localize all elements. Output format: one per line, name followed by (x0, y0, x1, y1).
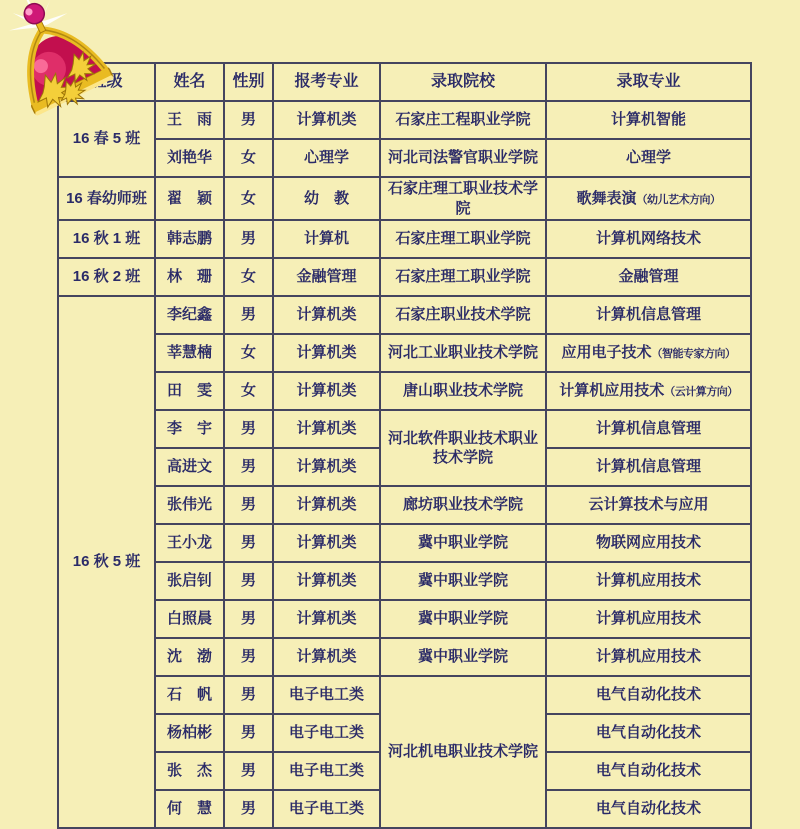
admitted-major-text: 计算机应用技术 (596, 572, 701, 589)
college-cell: 冀中职业学院 (380, 600, 546, 638)
table-row: 王小龙 男 计算机类 冀中职业学院 物联网应用技术 (58, 524, 751, 562)
name-cell: 李纪鑫 (155, 296, 224, 334)
name-cell: 莘慧楠 (155, 334, 224, 372)
admitted-major-cell: 计算机信息管理 (546, 448, 751, 486)
gender-cell: 男 (224, 638, 273, 676)
admitted-major-cell: 计算机应用技术 (546, 600, 751, 638)
applied-major-cell: 计算机类 (273, 562, 380, 600)
gender-cell: 男 (224, 562, 273, 600)
class-cell: 16 春幼师班 (58, 177, 155, 220)
name-cell: 张 杰 (155, 752, 224, 790)
gender-cell: 女 (224, 372, 273, 410)
admitted-major-text: 计算机应用技术 (596, 610, 701, 627)
admitted-major-cell: 计算机信息管理 (546, 296, 751, 334)
applied-major-cell: 计算机类 (273, 410, 380, 448)
name-cell: 何 慧 (155, 790, 224, 828)
college-cell: 唐山职业技术学院 (380, 372, 546, 410)
name-cell: 田 雯 (155, 372, 224, 410)
table-row: 16 春幼师班 翟 颖 女 幼 教 石家庄理工职业技术学院 歌舞表演（幼儿艺术方… (58, 177, 751, 220)
admitted-major-cell: 计算机应用技术 (546, 562, 751, 600)
admitted-major-text: 电气自动化技术 (596, 800, 701, 817)
admitted-major-note: （云计算方向） (664, 386, 738, 398)
admitted-major-text: 电气自动化技术 (596, 686, 701, 703)
name-cell: 张伟光 (155, 486, 224, 524)
gender-cell: 男 (224, 486, 273, 524)
table-row: 张启钊 男 计算机类 冀中职业学院 计算机应用技术 (58, 562, 751, 600)
table-row: 石 帆 男 电子电工类 河北机电职业技术学院 电气自动化技术 (58, 676, 751, 714)
applied-major-cell: 幼 教 (273, 177, 380, 220)
name-cell: 刘艳华 (155, 139, 224, 177)
admitted-major-text: 歌舞表演 (576, 190, 636, 207)
admitted-major-cell: 电气自动化技术 (546, 752, 751, 790)
header-row: 班级 姓名 性别 报考专业 录取院校 录取专业 (58, 63, 751, 101)
applied-major-cell: 计算机类 (273, 296, 380, 334)
admitted-major-text: 电气自动化技术 (596, 724, 701, 741)
admitted-major-cell: 云计算技术与应用 (546, 486, 751, 524)
applied-major-cell: 电子电工类 (273, 676, 380, 714)
admitted-major-text: 计算机应用技术 (596, 648, 701, 665)
applied-major-cell: 计算机类 (273, 372, 380, 410)
applied-major-cell: 计算机 (273, 220, 380, 258)
header-cell-name: 姓名 (155, 63, 224, 101)
applied-major-cell: 计算机类 (273, 334, 380, 372)
applied-major-cell: 计算机类 (273, 448, 380, 486)
table-row: 刘艳华 女 心理学 河北司法警官职业学院 心理学 (58, 139, 751, 177)
admitted-major-text: 应用电子技术 (561, 344, 651, 361)
college-cell: 冀中职业学院 (380, 524, 546, 562)
applied-major-cell: 计算机类 (273, 486, 380, 524)
college-cell: 石家庄理工职业学院 (380, 220, 546, 258)
admitted-major-cell: 物联网应用技术 (546, 524, 751, 562)
name-cell: 翟 颖 (155, 177, 224, 220)
gender-cell: 男 (224, 714, 273, 752)
name-cell: 王小龙 (155, 524, 224, 562)
name-cell: 高进文 (155, 448, 224, 486)
header-cell-applied-major: 报考专业 (273, 63, 380, 101)
admitted-major-cell: 计算机网络技术 (546, 220, 751, 258)
name-cell: 白照晨 (155, 600, 224, 638)
applied-major-cell: 电子电工类 (273, 790, 380, 828)
table-row: 16 春 5 班 王 雨 男 计算机类 石家庄工程职业学院 计算机智能 (58, 101, 751, 139)
admitted-major-cell: 歌舞表演（幼儿艺术方向） (546, 177, 751, 220)
applied-major-cell: 心理学 (273, 139, 380, 177)
admitted-major-text: 计算机网络技术 (596, 230, 701, 247)
applied-major-cell: 金融管理 (273, 258, 380, 296)
class-cell: 16 秋 2 班 (58, 258, 155, 296)
admitted-major-text: 金融管理 (618, 268, 678, 285)
college-cell: 河北机电职业技术学院 (380, 676, 546, 828)
table-row: 沈 渤 男 计算机类 冀中职业学院 计算机应用技术 (58, 638, 751, 676)
table-row: 16 秋 1 班 韩志鹏 男 计算机 石家庄理工职业学院 计算机网络技术 (58, 220, 751, 258)
admitted-major-cell: 心理学 (546, 139, 751, 177)
admitted-major-text: 计算机应用技术 (559, 382, 664, 399)
table-row: 莘慧楠 女 计算机类 河北工业职业技术学院 应用电子技术（智能专家方向） (58, 334, 751, 372)
name-cell: 林 珊 (155, 258, 224, 296)
gender-cell: 男 (224, 790, 273, 828)
gender-cell: 女 (224, 334, 273, 372)
gender-cell: 男 (224, 600, 273, 638)
name-cell: 杨柏彬 (155, 714, 224, 752)
class-cell: 16 秋 1 班 (58, 220, 155, 258)
admitted-major-cell: 计算机信息管理 (546, 410, 751, 448)
college-cell: 冀中职业学院 (380, 562, 546, 600)
admitted-major-text: 电气自动化技术 (596, 762, 701, 779)
gender-cell: 男 (224, 524, 273, 562)
table-row: 16 秋 5 班 李纪鑫 男 计算机类 石家庄职业技术学院 计算机信息管理 (58, 296, 751, 334)
admitted-major-cell: 金融管理 (546, 258, 751, 296)
gender-cell: 男 (224, 752, 273, 790)
admitted-major-text: 心理学 (626, 149, 671, 166)
gender-cell: 女 (224, 139, 273, 177)
college-cell: 石家庄理工职业学院 (380, 258, 546, 296)
table-row: 李 宇 男 计算机类 河北软件职业技术职业技术学院 计算机信息管理 (58, 410, 751, 448)
admitted-major-note: （幼儿艺术方向） (637, 194, 721, 206)
class-cell: 16 春 5 班 (58, 101, 155, 177)
admitted-major-cell: 计算机应用技术（云计算方向） (546, 372, 751, 410)
gender-cell: 男 (224, 220, 273, 258)
admitted-major-cell: 应用电子技术（智能专家方向） (546, 334, 751, 372)
admitted-major-text: 云计算技术与应用 (588, 496, 708, 513)
college-cell: 河北工业职业技术学院 (380, 334, 546, 372)
header-cell-admitted-major: 录取专业 (546, 63, 751, 101)
admitted-major-cell: 电气自动化技术 (546, 714, 751, 752)
table-row: 16 秋 2 班 林 珊 女 金融管理 石家庄理工职业学院 金融管理 (58, 258, 751, 296)
name-cell: 张启钊 (155, 562, 224, 600)
admitted-major-cell: 电气自动化技术 (546, 790, 751, 828)
gender-cell: 女 (224, 177, 273, 220)
college-cell: 河北司法警官职业学院 (380, 139, 546, 177)
applied-major-cell: 计算机类 (273, 101, 380, 139)
applied-major-cell: 计算机类 (273, 600, 380, 638)
header-cell-class: 班级 (58, 63, 155, 101)
admitted-major-cell: 电气自动化技术 (546, 676, 751, 714)
college-cell: 石家庄理工职业技术学院 (380, 177, 546, 220)
name-cell: 石 帆 (155, 676, 224, 714)
gender-cell: 男 (224, 101, 273, 139)
table-row: 田 雯 女 计算机类 唐山职业技术学院 计算机应用技术（云计算方向） (58, 372, 751, 410)
name-cell: 沈 渤 (155, 638, 224, 676)
name-cell: 李 宇 (155, 410, 224, 448)
admitted-major-note: （智能专家方向） (652, 348, 736, 360)
name-cell: 王 雨 (155, 101, 224, 139)
admitted-major-text: 计算机智能 (611, 111, 686, 128)
applied-major-cell: 计算机类 (273, 524, 380, 562)
admissions-table: 班级 姓名 性别 报考专业 录取院校 录取专业 16 春 5 班 王 雨 男 计… (57, 62, 752, 829)
admitted-major-text: 计算机信息管理 (596, 306, 701, 323)
header-cell-gender: 性别 (224, 63, 273, 101)
gender-cell: 女 (224, 258, 273, 296)
admitted-major-cell: 计算机应用技术 (546, 638, 751, 676)
page-background: 班级 姓名 性别 报考专业 录取院校 录取专业 16 春 5 班 王 雨 男 计… (0, 0, 800, 829)
admitted-major-text: 计算机信息管理 (596, 420, 701, 437)
college-cell: 冀中职业学院 (380, 638, 546, 676)
college-cell: 石家庄职业技术学院 (380, 296, 546, 334)
class-cell: 16 秋 5 班 (58, 296, 155, 828)
admitted-major-cell: 计算机智能 (546, 101, 751, 139)
gender-cell: 男 (224, 676, 273, 714)
gender-cell: 男 (224, 296, 273, 334)
header-cell-college: 录取院校 (380, 63, 546, 101)
applied-major-cell: 电子电工类 (273, 714, 380, 752)
college-cell: 石家庄工程职业学院 (380, 101, 546, 139)
admitted-major-text: 计算机信息管理 (596, 458, 701, 475)
admitted-major-text: 物联网应用技术 (596, 534, 701, 551)
gender-cell: 男 (224, 448, 273, 486)
gender-cell: 男 (224, 410, 273, 448)
applied-major-cell: 计算机类 (273, 638, 380, 676)
table-row: 白照晨 男 计算机类 冀中职业学院 计算机应用技术 (58, 600, 751, 638)
college-cell: 河北软件职业技术职业技术学院 (380, 410, 546, 486)
name-cell: 韩志鹏 (155, 220, 224, 258)
table-row: 张伟光 男 计算机类 廊坊职业技术学院 云计算技术与应用 (58, 486, 751, 524)
college-cell: 廊坊职业技术学院 (380, 486, 546, 524)
applied-major-cell: 电子电工类 (273, 752, 380, 790)
